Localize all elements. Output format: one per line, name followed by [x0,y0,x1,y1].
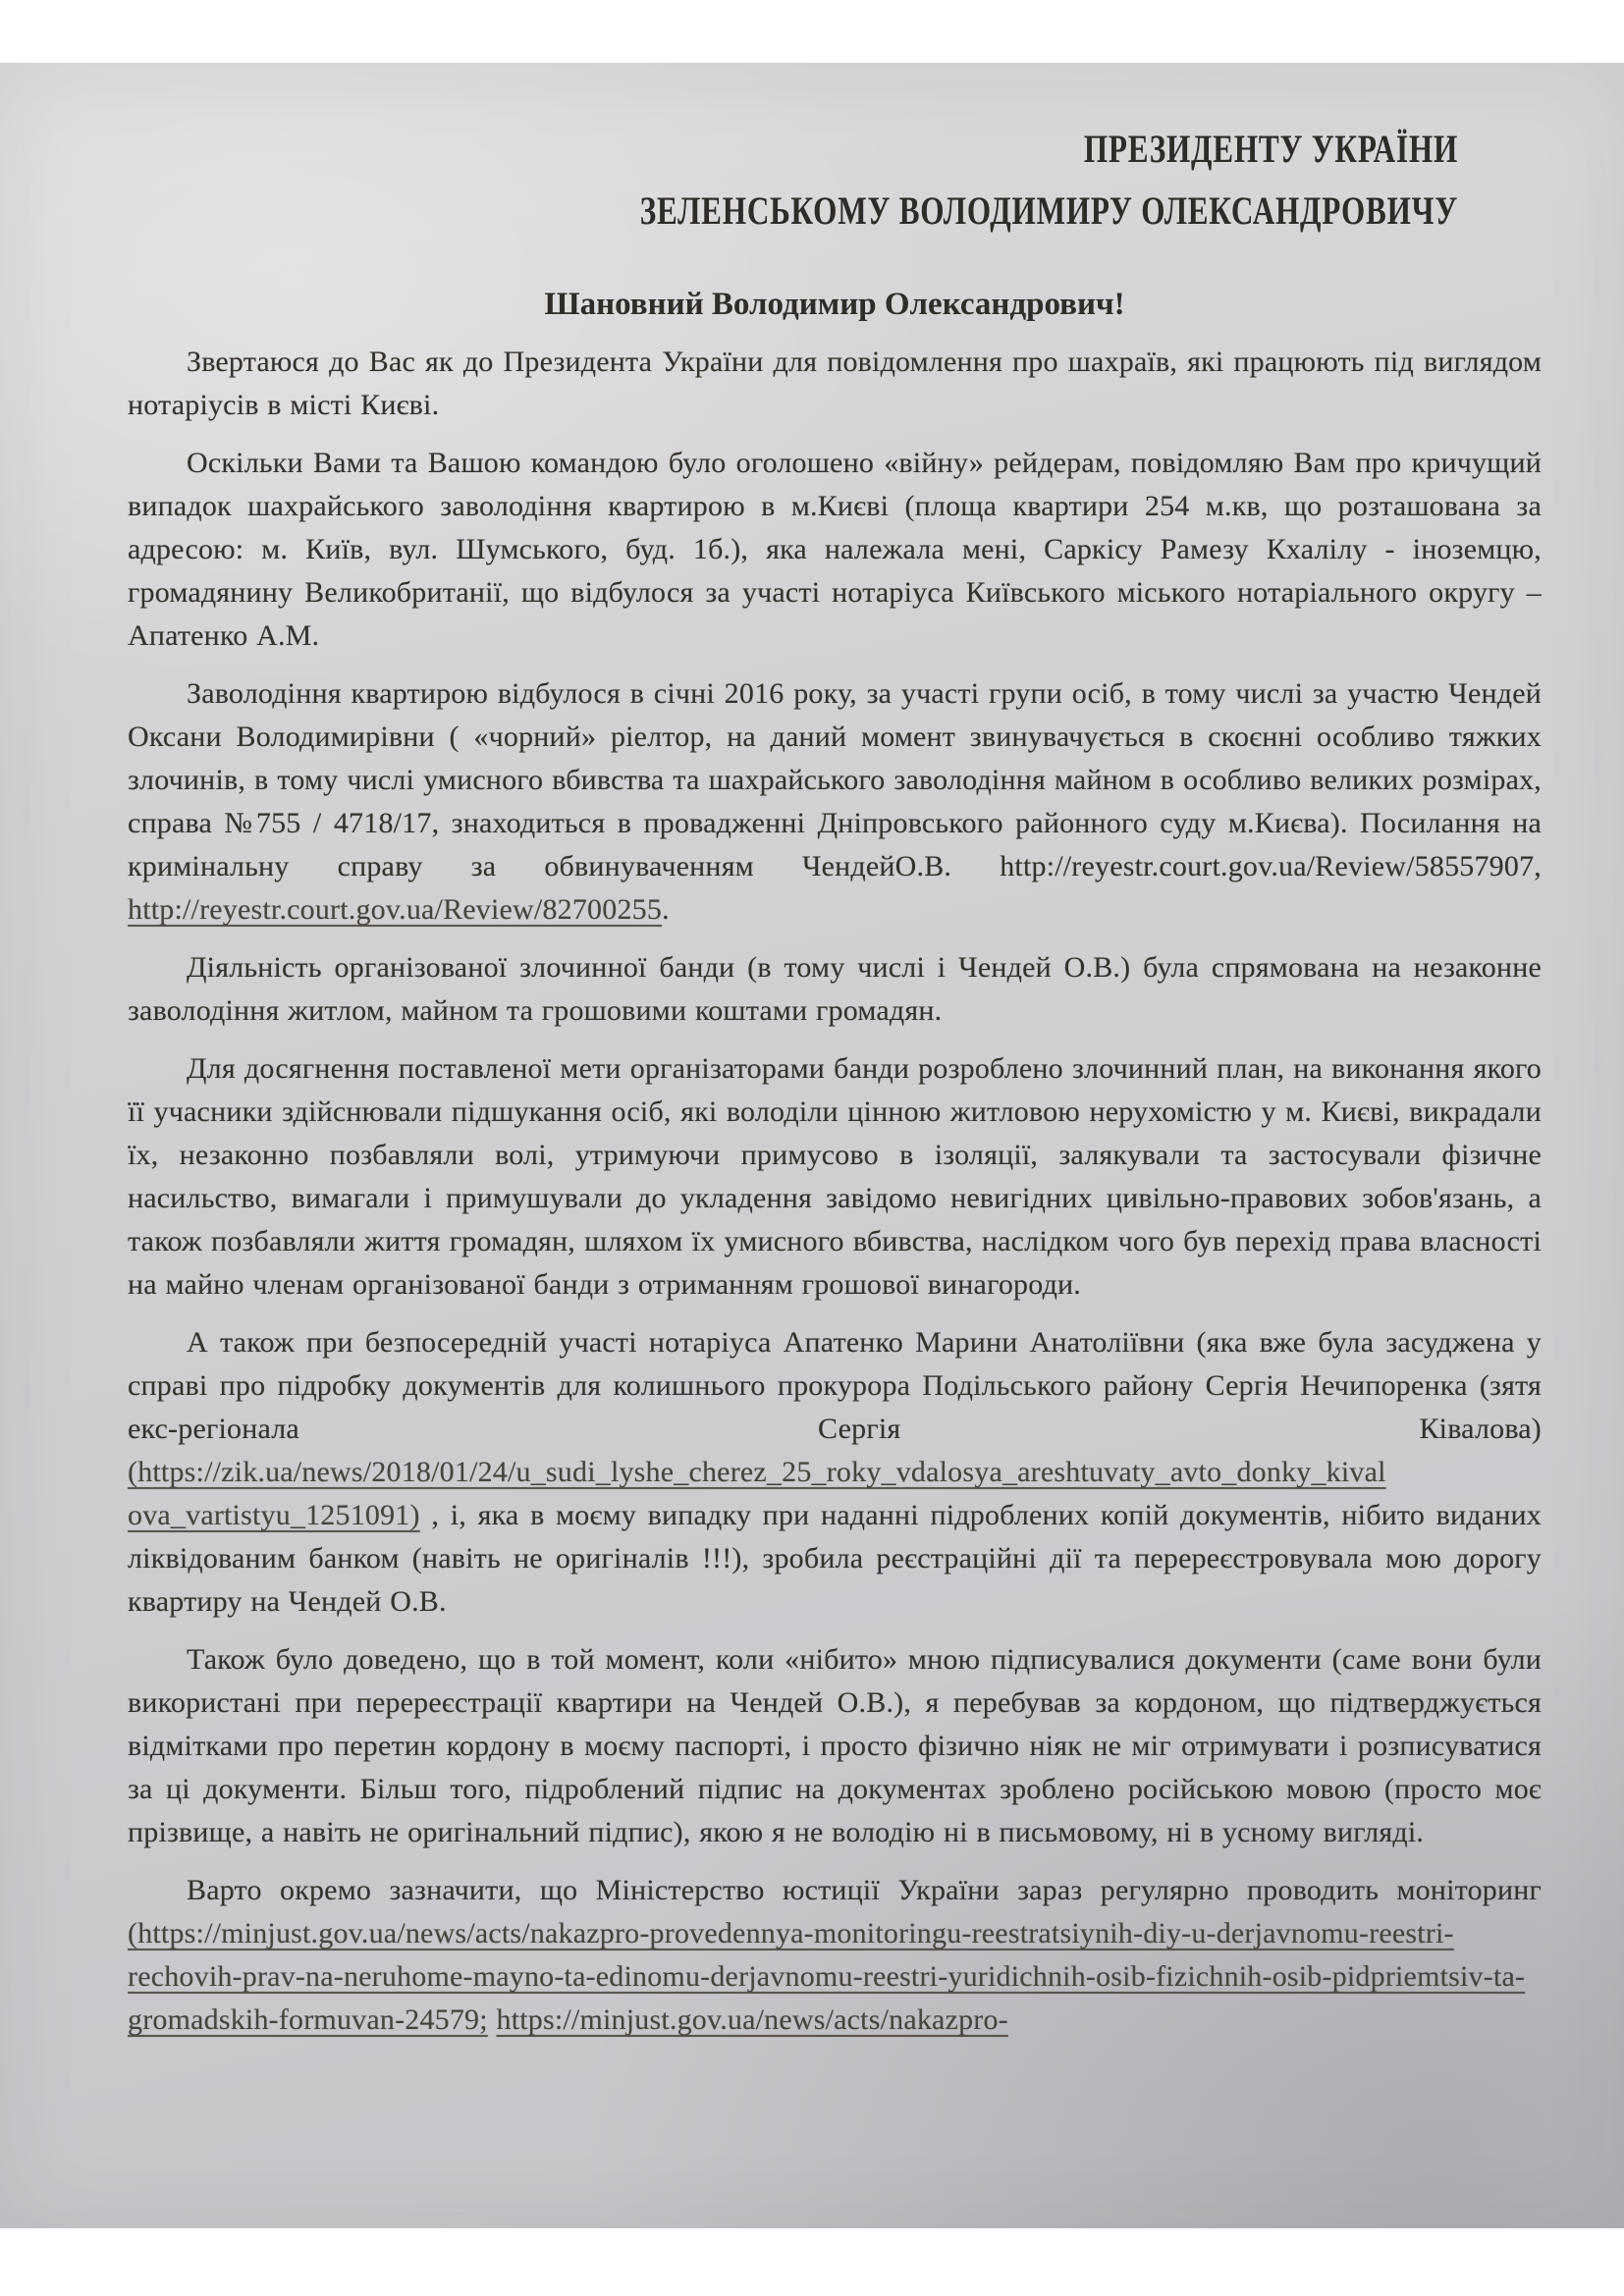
paragraph-text: Звертаюся до Вас як до Президента Україн… [128,346,1542,421]
paragraph-text: Варто окремо зазначити, що Міністерство … [187,1874,1542,1906]
paragraph-text: А також при безпосередній участі нотаріу… [128,1326,1542,1445]
scanned-letter-page: ПРЕЗИДЕНТУ УКРАЇНИ ЗЕЛЕНСЬКОМУ ВОЛОДИМИР… [0,0,1624,2296]
paragraph-text: . [662,893,670,926]
paragraph-text: Заволодіння квартирою відбулося в січні … [128,677,1542,882]
minjust-second-url: https://minjust.gov.ua/news/acts/nakazpr… [497,2003,1008,2036]
addressee-block: ПРЕЗИДЕНТУ УКРАЇНИ ЗЕЛЕНСЬКОМУ ВОЛОДИМИР… [420,118,1458,241]
court-review-url: http://reyestr.court.gov.ua/Review/82700… [128,893,662,926]
paragraph-criminal-case: Заволодіння квартирою відбулося в січні … [128,672,1542,932]
paragraph-fraud-case: Оскільки Вами та Вашою командою було ого… [128,442,1542,658]
addressee-line-1: ПРЕЗИДЕНТУ УКРАЇНИ [420,118,1458,180]
paragraph-notary-involvement: А також при безпосередній участі нотаріу… [128,1321,1542,1624]
letter-body: Звертаюся до Вас як до Президента Україн… [128,341,1542,2042]
paragraph-text [488,2003,497,2036]
paragraph-criminal-plan: Для досягнення поставленої мети організа… [128,1047,1542,1307]
paragraph-gang-activity: Діяльність організованої злочинної банди… [128,946,1542,1033]
addressee-line-2: ЗЕЛЕНСЬКОМУ ВОЛОДИМИРУ ОЛЕКСАНДРОВИЧУ [420,180,1458,241]
letter-content: ПРЕЗИДЕНТУ УКРАЇНИ ЗЕЛЕНСЬКОМУ ВОЛОДИМИР… [0,63,1624,2042]
document-photo: ПРЕЗИДЕНТУ УКРАЇНИ ЗЕЛЕНСЬКОМУ ВОЛОДИМИР… [0,63,1624,2228]
paragraph-text: Також було доведено, що в той момент, ко… [128,1643,1542,1848]
salutation: Шановний Володимир Олександрович! [128,283,1542,326]
paragraph-text: Для досягнення поставленої мети організа… [128,1052,1542,1301]
paragraph-text: Оскільки Вами та Вашою командою було ого… [128,447,1542,652]
paragraph-forged-signature: Також було доведено, що в той момент, ко… [128,1638,1542,1854]
paragraph-ministry-monitoring: Варто окремо зазначити, що Міністерство … [128,1869,1542,2042]
paragraph-text: Діяльність організованої злочинної банди… [128,951,1542,1027]
paragraph-intro: Звертаюся до Вас як до Президента Україн… [128,341,1542,427]
